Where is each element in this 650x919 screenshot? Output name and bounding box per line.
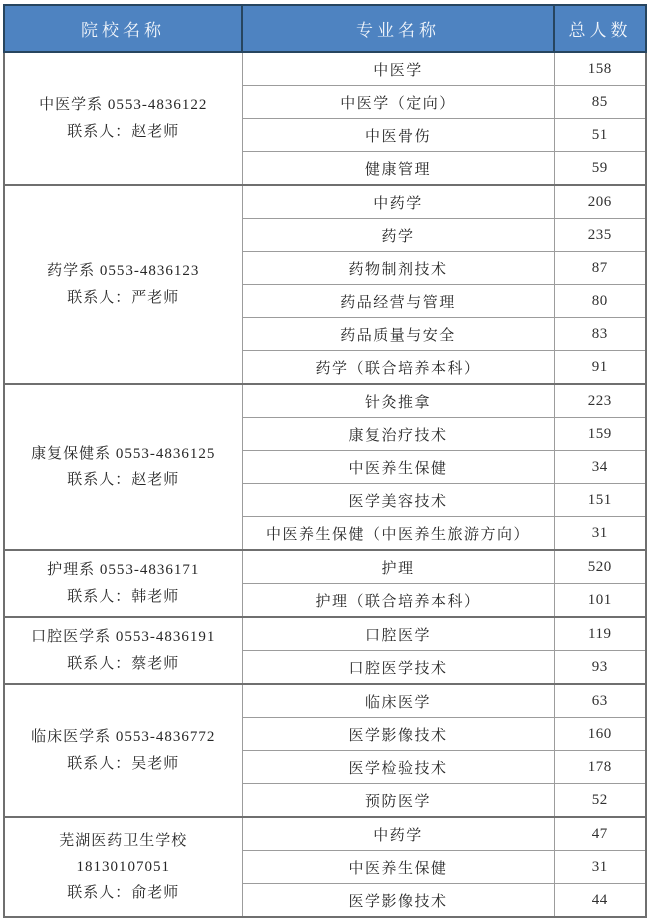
major-name-cell: 口腔医学技术 [242, 651, 554, 685]
table-row: 芜湖医药卫生学校18130107051联系人：俞老师中药学47 [4, 817, 646, 851]
table-body: 中医学系 0553-4836122联系人：赵老师中医学158中医学（定向）85中… [4, 52, 646, 917]
total-count-cell: 87 [554, 252, 646, 285]
total-count-cell: 63 [554, 684, 646, 718]
org-line: 联系人：吴老师 [7, 751, 240, 777]
major-name-cell: 中药学 [242, 817, 554, 851]
major-name-cell: 药学 [242, 219, 554, 252]
org-line: 护理系 0553-4836171 [7, 557, 240, 583]
major-name-cell: 医学检验技术 [242, 751, 554, 784]
total-count-cell: 159 [554, 418, 646, 451]
total-count-cell: 206 [554, 185, 646, 219]
total-count-cell: 520 [554, 550, 646, 584]
major-name-cell: 医学影像技术 [242, 718, 554, 751]
org-line: 口腔医学系 0553-4836191 [7, 624, 240, 650]
major-name-cell: 康复治疗技术 [242, 418, 554, 451]
org-cell: 护理系 0553-4836171联系人：韩老师 [4, 550, 242, 617]
major-name-cell: 中医养生保健 [242, 451, 554, 484]
major-name-cell: 口腔医学 [242, 617, 554, 651]
major-name-cell: 中医养生保健（中医养生旅游方向） [242, 517, 554, 551]
total-count-cell: 91 [554, 351, 646, 385]
table-row: 护理系 0553-4836171联系人：韩老师护理520 [4, 550, 646, 584]
org-line: 康复保健系 0553-4836125 [7, 441, 240, 467]
table-row: 口腔医学系 0553-4836191联系人：蔡老师口腔医学119 [4, 617, 646, 651]
org-cell: 芜湖医药卫生学校18130107051联系人：俞老师 [4, 817, 242, 917]
major-name-cell: 临床医学 [242, 684, 554, 718]
total-count-cell: 83 [554, 318, 646, 351]
major-name-cell: 护理（联合培养本科） [242, 584, 554, 618]
major-name-cell: 针灸推拿 [242, 384, 554, 418]
total-count-cell: 85 [554, 86, 646, 119]
total-count-cell: 119 [554, 617, 646, 651]
major-name-cell: 护理 [242, 550, 554, 584]
org-line: 联系人：蔡老师 [7, 651, 240, 677]
org-line: 中医学系 0553-4836122 [7, 92, 240, 118]
major-name-cell: 医学影像技术 [242, 884, 554, 918]
total-count-cell: 223 [554, 384, 646, 418]
total-count-cell: 44 [554, 884, 646, 918]
table-header: 院校名称 专业名称 总人数 [4, 5, 646, 52]
header-row: 院校名称 专业名称 总人数 [4, 5, 646, 52]
total-count-cell: 158 [554, 52, 646, 86]
total-count-cell: 101 [554, 584, 646, 618]
header-count-column: 总人数 [554, 5, 646, 52]
major-name-cell: 中医学（定向） [242, 86, 554, 119]
total-count-cell: 31 [554, 851, 646, 884]
total-count-cell: 178 [554, 751, 646, 784]
org-line: 联系人：韩老师 [7, 584, 240, 610]
org-line: 18130107051 [7, 854, 240, 880]
major-name-cell: 中医骨伤 [242, 119, 554, 152]
major-name-cell: 预防医学 [242, 784, 554, 818]
org-line: 药学系 0553-4836123 [7, 258, 240, 284]
org-line: 芜湖医药卫生学校 [7, 828, 240, 854]
table-row: 康复保健系 0553-4836125联系人：赵老师针灸推拿223 [4, 384, 646, 418]
org-line: 联系人：赵老师 [7, 467, 240, 493]
total-count-cell: 151 [554, 484, 646, 517]
total-count-cell: 235 [554, 219, 646, 252]
org-cell: 口腔医学系 0553-4836191联系人：蔡老师 [4, 617, 242, 684]
org-cell: 临床医学系 0553-4836772联系人：吴老师 [4, 684, 242, 817]
major-name-cell: 药品经营与管理 [242, 285, 554, 318]
org-cell: 中医学系 0553-4836122联系人：赵老师 [4, 52, 242, 185]
org-line: 联系人：赵老师 [7, 119, 240, 145]
major-name-cell: 健康管理 [242, 152, 554, 186]
org-line: 联系人：俞老师 [7, 880, 240, 906]
org-cell: 药学系 0553-4836123联系人：严老师 [4, 185, 242, 384]
total-count-cell: 47 [554, 817, 646, 851]
table-row: 临床医学系 0553-4836772联系人：吴老师临床医学63 [4, 684, 646, 718]
major-name-cell: 药品质量与安全 [242, 318, 554, 351]
total-count-cell: 59 [554, 152, 646, 186]
total-count-cell: 52 [554, 784, 646, 818]
major-name-cell: 药物制剂技术 [242, 252, 554, 285]
major-name-cell: 药学（联合培养本科） [242, 351, 554, 385]
major-name-cell: 中药学 [242, 185, 554, 219]
total-count-cell: 51 [554, 119, 646, 152]
total-count-cell: 31 [554, 517, 646, 551]
total-count-cell: 34 [554, 451, 646, 484]
major-name-cell: 中医学 [242, 52, 554, 86]
table-row: 药学系 0553-4836123联系人：严老师中药学206 [4, 185, 646, 219]
major-name-cell: 中医养生保健 [242, 851, 554, 884]
org-line: 临床医学系 0553-4836772 [7, 724, 240, 750]
total-count-cell: 93 [554, 651, 646, 685]
header-major-column: 专业名称 [242, 5, 554, 52]
org-line: 联系人：严老师 [7, 285, 240, 311]
total-count-cell: 80 [554, 285, 646, 318]
major-name-cell: 医学美容技术 [242, 484, 554, 517]
org-cell: 康复保健系 0553-4836125联系人：赵老师 [4, 384, 242, 550]
total-count-cell: 160 [554, 718, 646, 751]
enrollment-table: 院校名称 专业名称 总人数 中医学系 0553-4836122联系人：赵老师中医… [3, 4, 647, 918]
table-row: 中医学系 0553-4836122联系人：赵老师中医学158 [4, 52, 646, 86]
header-org-column: 院校名称 [4, 5, 242, 52]
